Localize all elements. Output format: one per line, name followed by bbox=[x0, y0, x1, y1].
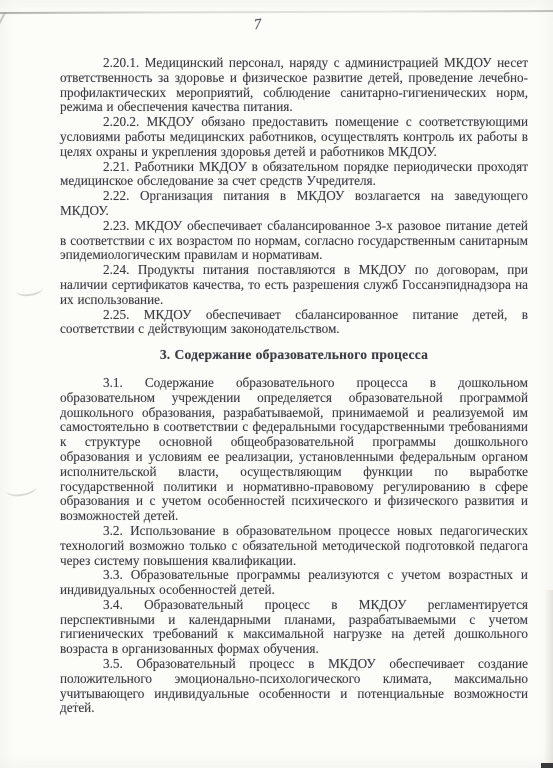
paragraph-3-1: 3.1. Содержание образовательного процесс… bbox=[60, 376, 528, 524]
paragraph-3-4: 3.4. Образовательный процесс в МКДОУ рег… bbox=[60, 598, 528, 657]
dust-speck bbox=[59, 142, 61, 144]
paragraph-2-20-1: 2.20.1. Медицинский персонал, наряду с а… bbox=[60, 56, 528, 115]
left-margin-smudge bbox=[15, 281, 44, 298]
scan-right-edge-shading bbox=[544, 590, 553, 768]
left-margin-smudge bbox=[5, 478, 38, 498]
paragraph-3-2: 3.2. Использование в образовательном про… bbox=[60, 524, 528, 568]
page-number: 7 bbox=[253, 17, 263, 35]
paragraph-2-24: 2.24. Продукты питания поставляются в МК… bbox=[60, 263, 528, 307]
dust-speck bbox=[75, 702, 77, 704]
paragraph-2-23: 2.23. МКДОУ обеспечивает сбалансированно… bbox=[60, 219, 528, 263]
paragraph-2-20-2: 2.20.2. МКДОУ обязано предоставить помещ… bbox=[60, 115, 528, 159]
dust-speck bbox=[77, 690, 79, 692]
scanned-document-page: 7 2.20.1. Медицинский персонал, наряду с… bbox=[0, 0, 553, 768]
scan-edge-tick bbox=[0, 12, 6, 24]
paragraph-3-5: 3.5. Образовательный процесс в МКДОУ обе… bbox=[60, 657, 528, 716]
section-3-heading: 3. Содержание образовательного процесса bbox=[60, 348, 528, 363]
scan-corner-artifact bbox=[541, 763, 553, 768]
paragraph-3-3: 3.3. Образовательные программы реализуют… bbox=[60, 568, 528, 598]
paragraph-2-22: 2.22. Организация питания в МКДОУ возлаг… bbox=[60, 189, 528, 219]
paragraph-2-21: 2.21. Работники МКДОУ в обязательном пор… bbox=[60, 160, 528, 190]
dust-speck bbox=[74, 676, 76, 678]
document-body: 2.20.1. Медицинский персонал, наряду с а… bbox=[60, 56, 528, 716]
paragraph-2-25: 2.25. МКДОУ обеспечивает сбалансированно… bbox=[60, 308, 528, 338]
scan-edge-line bbox=[0, 10, 553, 13]
